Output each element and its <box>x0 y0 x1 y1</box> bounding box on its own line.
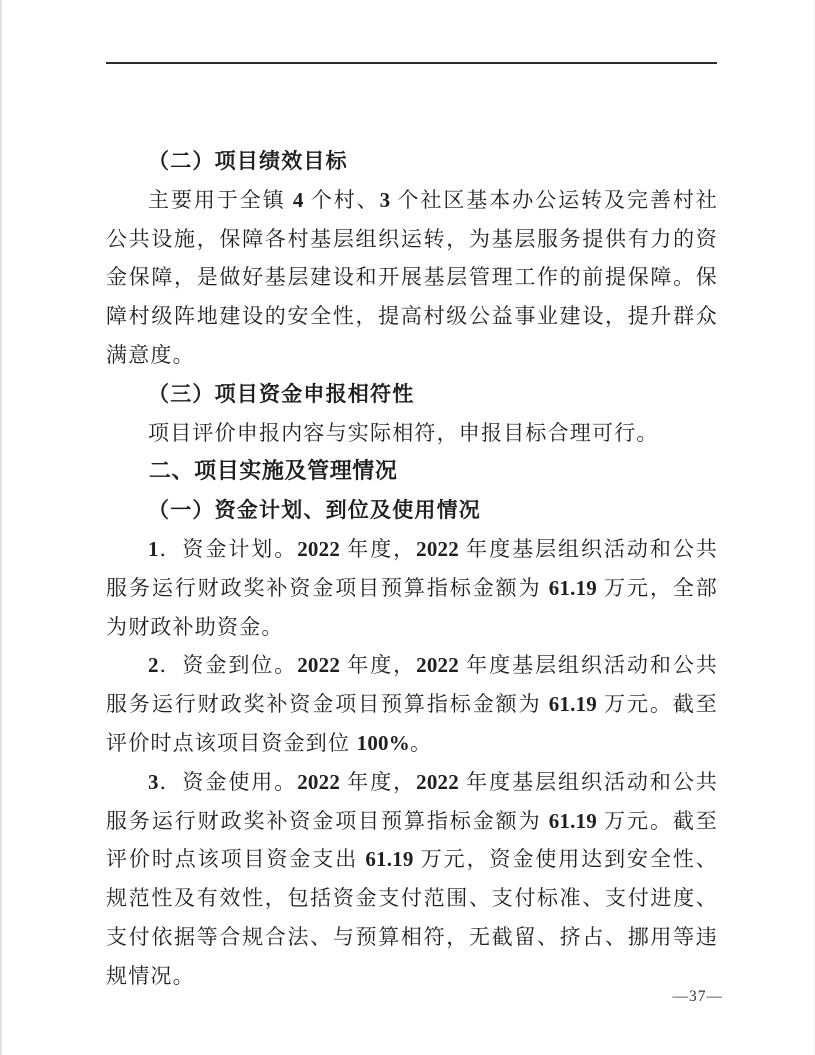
section-heading-implementation: 二、项目实施及管理情况 <box>106 452 718 491</box>
paragraph-fund-arrival: 2．资金到位。2022 年度，2022 年度基层组织活动和公共服务运行财政奖补资… <box>106 646 718 762</box>
page-number: —37— <box>673 988 724 1005</box>
section-heading-performance-goal: （二）项目绩效目标 <box>106 142 718 181</box>
document-content: （二）项目绩效目标 主要用于全镇 4 个村、3 个社区基本办公运转及完善村社公共… <box>106 142 718 996</box>
page-footer: —37— <box>673 988 724 1006</box>
section-heading-fund-declaration: （三）项目资金申报相符性 <box>106 375 718 414</box>
document-page: （二）项目绩效目标 主要用于全镇 4 个村、3 个社区基本办公运转及完善村社公共… <box>0 0 815 1055</box>
header-rule <box>106 62 717 64</box>
section-heading-fund-plan: （一）资金计划、到位及使用情况 <box>106 491 718 530</box>
paragraph-fund-usage: 3．资金使用。2022 年度，2022 年度基层组织活动和公共服务运行财政奖补资… <box>106 763 718 996</box>
paragraph-performance-goal: 主要用于全镇 4 个村、3 个社区基本办公运转及完善村社公共设施，保障各村基层组… <box>106 181 718 375</box>
paragraph-fund-plan: 1．资金计划。2022 年度，2022 年度基层组织活动和公共服务运行财政奖补资… <box>106 530 718 646</box>
paragraph-fund-declaration: 项目评价申报内容与实际相符，申报目标合理可行。 <box>106 414 718 453</box>
